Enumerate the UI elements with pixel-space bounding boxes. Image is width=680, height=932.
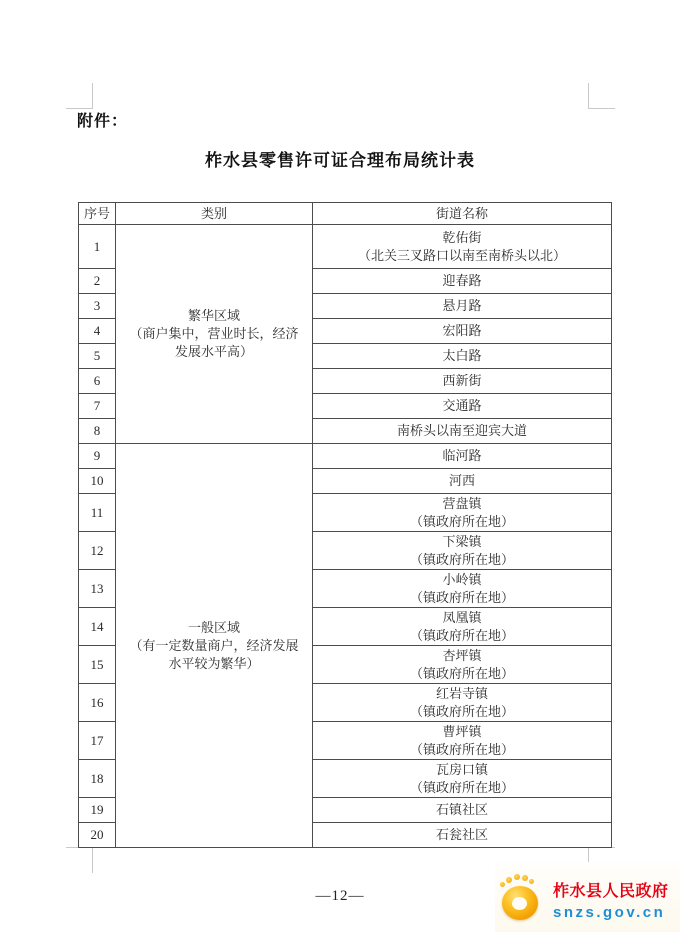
header-category: 类别 <box>116 203 313 225</box>
street-cell: 凤凰镇（镇政府所在地） <box>313 608 612 646</box>
serial-cell: 3 <box>79 294 116 319</box>
attachment-label: 附件： <box>77 108 128 131</box>
serial-cell: 19 <box>79 798 116 823</box>
serial-cell: 14 <box>79 608 116 646</box>
government-logo: 柞水县人民政府 snzs.gov.cn <box>497 870 680 926</box>
serial-cell: 20 <box>79 823 116 848</box>
street-cell: 交通路 <box>313 394 612 419</box>
table-row: 9一般区域（有一定数量商户，经济发展水平较为繁华）临河路 <box>79 444 612 469</box>
serial-cell: 12 <box>79 532 116 570</box>
serial-cell: 15 <box>79 646 116 684</box>
document-page: 附件： 柞水县零售许可证合理布局统计表 序号 类别 街道名称 1繁华区域（商户集… <box>0 0 680 932</box>
street-cell: 西新街 <box>313 369 612 394</box>
street-cell: 红岩寺镇（镇政府所在地） <box>313 684 612 722</box>
street-cell: 乾佑街（北关三叉路口以南至南桥头以北） <box>313 225 612 269</box>
street-cell: 杏坪镇（镇政府所在地） <box>313 646 612 684</box>
category-cell: 一般区域（有一定数量商户，经济发展水平较为繁华） <box>116 444 313 848</box>
layout-table: 序号 类别 街道名称 1繁华区域（商户集中，营业时长，经济发展水平高）乾佑街（北… <box>78 202 612 848</box>
street-cell: 太白路 <box>313 344 612 369</box>
serial-cell: 10 <box>79 469 116 494</box>
table-header-row: 序号 类别 街道名称 <box>79 203 612 225</box>
government-website: snzs.gov.cn <box>553 904 680 921</box>
serial-cell: 9 <box>79 444 116 469</box>
street-cell: 石瓮社区 <box>313 823 612 848</box>
serial-cell: 2 <box>79 269 116 294</box>
street-cell: 营盘镇（镇政府所在地） <box>313 494 612 532</box>
street-cell: 悬月路 <box>313 294 612 319</box>
footprint-icon <box>499 874 545 922</box>
page-title: 柞水县零售许可证合理布局统计表 <box>0 146 680 171</box>
serial-cell: 18 <box>79 760 116 798</box>
serial-cell: 1 <box>79 225 116 269</box>
street-cell: 河西 <box>313 469 612 494</box>
government-name: 柞水县人民政府 <box>553 878 680 901</box>
crop-mark-top-left <box>66 83 93 109</box>
serial-cell: 11 <box>79 494 116 532</box>
serial-cell: 4 <box>79 319 116 344</box>
street-cell: 临河路 <box>313 444 612 469</box>
table-row: 1繁华区域（商户集中，营业时长，经济发展水平高）乾佑街（北关三叉路口以南至南桥头… <box>79 225 612 269</box>
government-logo-text: 柞水县人民政府 snzs.gov.cn <box>553 878 680 921</box>
street-cell: 石镇社区 <box>313 798 612 823</box>
street-cell: 小岭镇（镇政府所在地） <box>313 570 612 608</box>
serial-cell: 6 <box>79 369 116 394</box>
serial-cell: 16 <box>79 684 116 722</box>
serial-cell: 17 <box>79 722 116 760</box>
serial-cell: 8 <box>79 419 116 444</box>
street-cell: 迎春路 <box>313 269 612 294</box>
street-cell: 曹坪镇（镇政府所在地） <box>313 722 612 760</box>
serial-cell: 5 <box>79 344 116 369</box>
serial-cell: 13 <box>79 570 116 608</box>
street-cell: 下梁镇（镇政府所在地） <box>313 532 612 570</box>
header-serial: 序号 <box>79 203 116 225</box>
street-cell: 南桥头以南至迎宾大道 <box>313 419 612 444</box>
serial-cell: 7 <box>79 394 116 419</box>
street-cell: 宏阳路 <box>313 319 612 344</box>
category-cell: 繁华区域（商户集中，营业时长，经济发展水平高） <box>116 225 313 444</box>
header-street: 街道名称 <box>313 203 612 225</box>
crop-mark-bottom-left <box>66 847 93 873</box>
crop-mark-top-right <box>588 83 615 109</box>
street-cell: 瓦房口镇（镇政府所在地） <box>313 760 612 798</box>
